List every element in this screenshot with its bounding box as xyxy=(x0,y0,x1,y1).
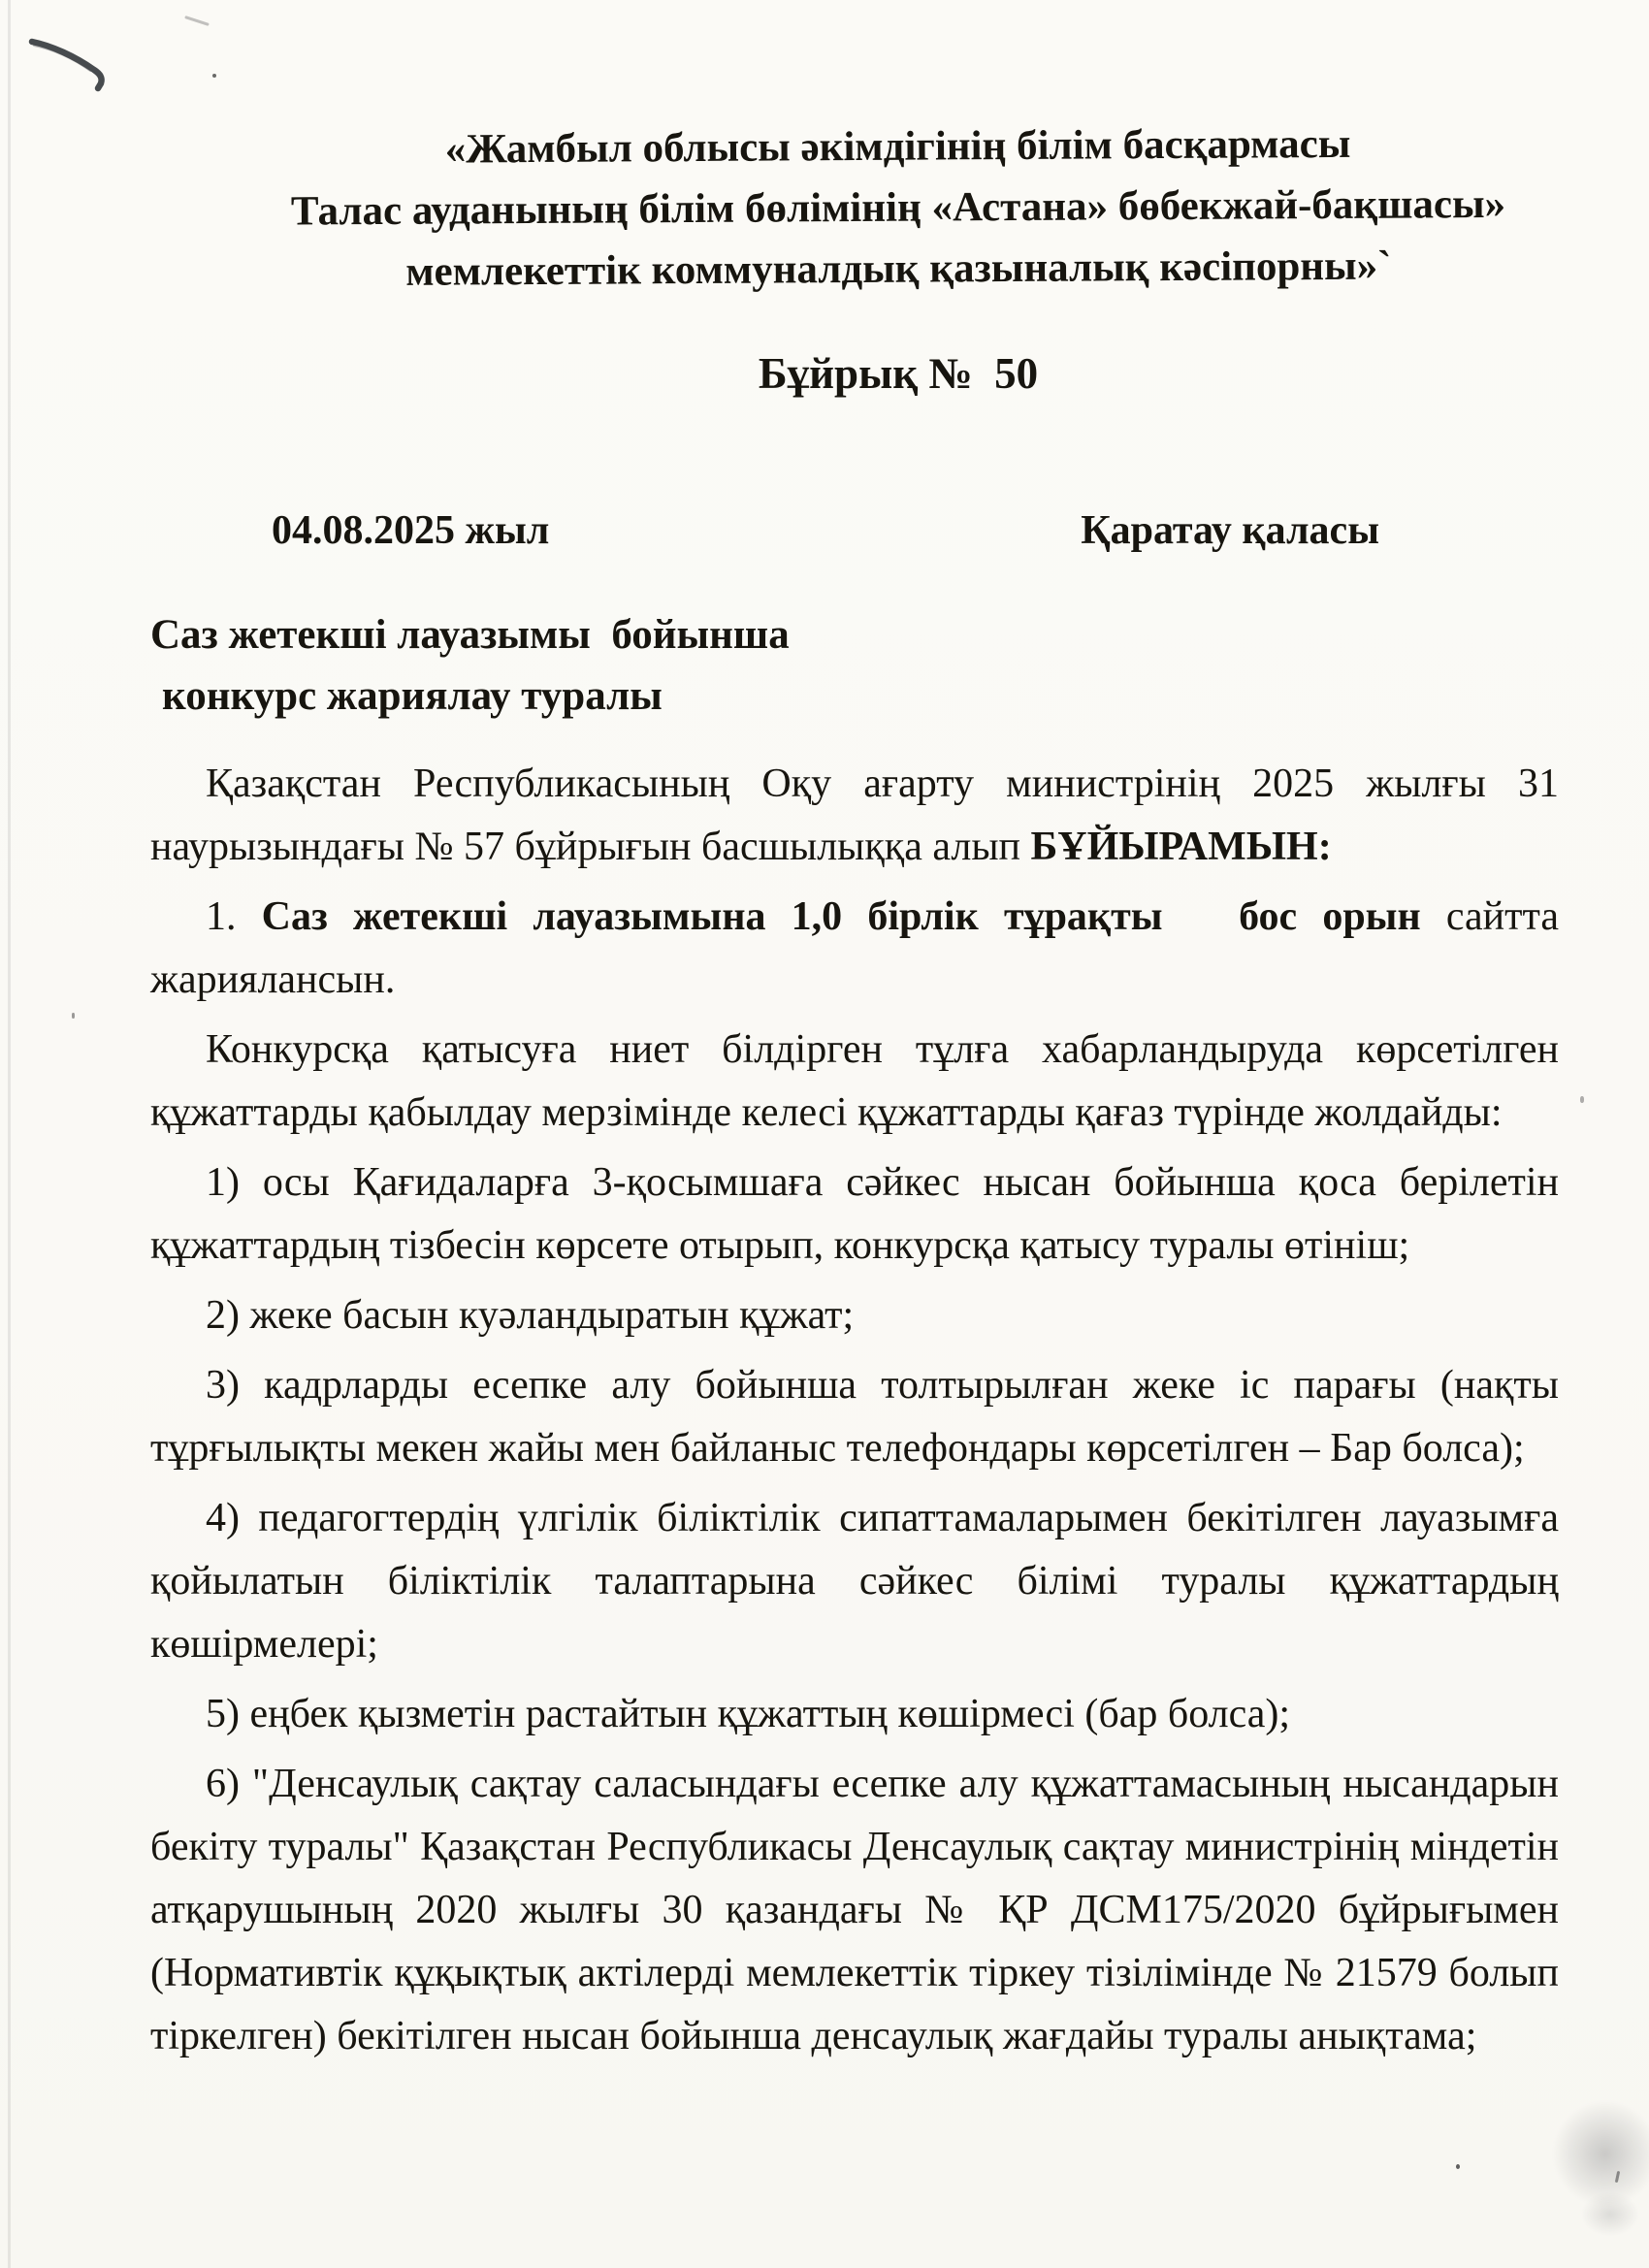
intro-paragraph: Қазақстан Республикасының Оқу ағарту мин… xyxy=(150,753,1559,879)
document-list-item-1: 1) осы Қағидаларға 3-қосымшаға сәйкес ны… xyxy=(150,1151,1559,1278)
order-place: Қаратау қаласы xyxy=(1081,501,1379,562)
order-point-1-number: 1. xyxy=(206,894,262,939)
document-list-item-4: 4) педагогтердің үлгілік біліктілік сипа… xyxy=(150,1487,1559,1676)
document-list-item-3: 3) кадрларды есепке алу бойынша толтырыл… xyxy=(150,1354,1559,1480)
scan-speck xyxy=(1580,1096,1584,1103)
scan-smudge xyxy=(1581,2192,1639,2236)
organization-header: «Жамбыл облысы әкімдігінің білім басқарм… xyxy=(149,113,1559,305)
scan-speck xyxy=(1456,2164,1460,2169)
org-header-line-3: мемлекеттік коммуналдық қазыналық кәсіпо… xyxy=(238,235,1559,304)
scan-edge-shadow xyxy=(8,0,11,2268)
subject-line-1: Саз жетекші лауазымы бойынша xyxy=(150,604,1559,665)
scan-speck xyxy=(72,1013,75,1019)
order-point-1: 1. Саз жетекші лауазымына 1,0 бірлік тұр… xyxy=(150,886,1559,1012)
document-list-item-5: 5) еңбек қызметін растайтын құжаттың көш… xyxy=(150,1683,1559,1746)
scanned-document-page: «Жамбыл облысы әкімдігінің білім басқарм… xyxy=(0,0,1649,2268)
org-header-line-2: Талас ауданының білім бөлімінің «Астана»… xyxy=(238,174,1559,243)
intro-resolution-word: БҰЙЫРАМЫН: xyxy=(1031,825,1332,869)
order-subject: Саз жетекші лауазымы бойынша конкурс жар… xyxy=(150,604,1559,727)
scan-smudge xyxy=(1552,2100,1649,2207)
org-header-line-1: «Жамбыл облысы әкімдігінің білім басқарм… xyxy=(237,113,1558,181)
subject-line-2: конкурс жариялау туралы xyxy=(150,665,1559,727)
document-content: «Жамбыл облысы әкімдігінің білім басқарм… xyxy=(150,0,1559,2068)
pen-mark-artifact xyxy=(24,29,131,102)
order-point-1-bold: Саз жетекші лауазымына 1,0 бірлік тұрақт… xyxy=(262,894,1421,939)
date-place-row: 04.08.2025 жыл Қаратау қаласы xyxy=(150,501,1559,562)
requirements-intro-paragraph: Конкурсқа қатысуға ниет білдірген тұлға … xyxy=(150,1019,1559,1145)
document-list-item-2: 2) жеке басын куәландыратын құжат; xyxy=(150,1284,1559,1347)
document-list-item-6: 6) "Денсаулық сақтау саласындағы есепке … xyxy=(150,1753,1559,2068)
order-date: 04.08.2025 жыл xyxy=(272,501,549,562)
intro-text: Қазақстан Республикасының Оқу ағарту мин… xyxy=(150,761,1559,869)
order-title: Бұйрық № 50 xyxy=(150,343,1559,405)
